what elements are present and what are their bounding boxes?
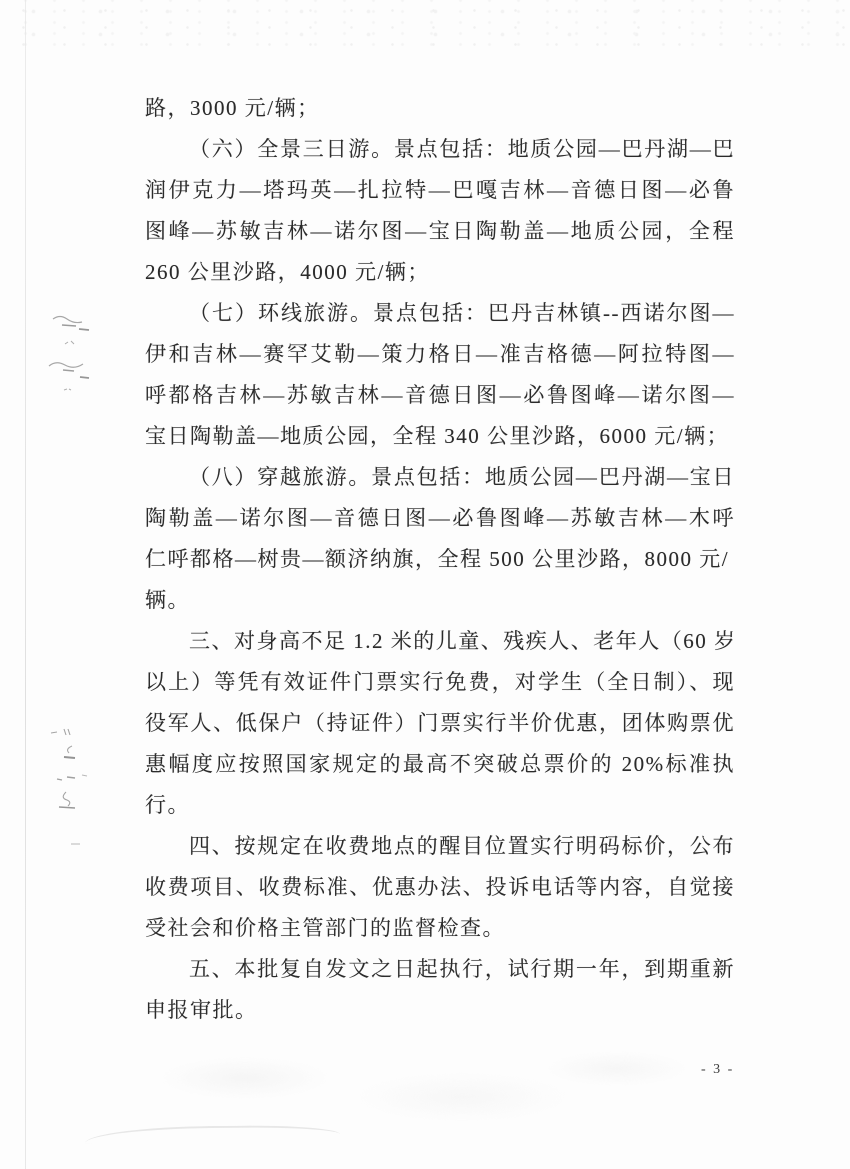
paragraph-route-8: （八）穿越旅游。景点包括：地质公园—巴丹湖—宝日 陶勒盖—诺尔图—音德日图—必鲁… [145, 457, 735, 621]
scan-smudge [50, 727, 76, 739]
scan-noise-bottom [90, 1040, 710, 1135]
paragraph-item-4: 四、按规定在收费地点的醒目位置实行明码标价，公布 收费项目、收费标准、优惠办法、… [145, 826, 735, 949]
scan-fold-line [25, 0, 26, 1169]
text-line: 五、本批复自发文之日起执行，试行期一年，到期重新 [145, 949, 735, 990]
text-line: 受社会和价格主管部门的监督检查。 [145, 908, 735, 949]
paragraph-continuation: 路，3000 元/辆； [145, 88, 735, 129]
text-line: 润伊克力—塔玛英—扎拉特—巴嘎吉林—音德日图—必鲁 [145, 170, 735, 211]
text-line: 图峰—苏敏吉林—诺尔图—宝日陶勒盖—地质公园，全程 [145, 211, 735, 252]
scan-smudge [70, 841, 82, 847]
scan-smudge [55, 773, 89, 785]
text-line: 宝日陶勒盖—地质公园，全程 340 公里沙路，6000 元/辆； [145, 416, 735, 457]
scan-smudge [78, 326, 92, 333]
text-line: 路，3000 元/辆； [145, 88, 735, 129]
paragraph-item-5: 五、本批复自发文之日起执行，试行期一年，到期重新 申报审批。 [145, 949, 735, 1031]
paragraph-route-7: （七）环线旅游。景点包括：巴丹吉林镇--西诺尔图— 伊和吉林—赛罕艾勒—策力格日… [145, 293, 735, 457]
text-line: 行。 [145, 785, 735, 826]
text-line: 以上）等凭有效证件门票实行免费，对学生（全日制）、现 [145, 662, 735, 703]
text-line: 伊和吉林—赛罕艾勒—策力格日—准吉格德—阿拉特图— [145, 334, 735, 375]
scan-noise-top [0, 0, 850, 46]
paragraph-item-3: 三、对身高不足 1.2 米的儿童、残疾人、老年人（60 岁 以上）等凭有效证件门… [145, 621, 735, 826]
text-line: 收费项目、收费标准、优惠办法、投诉电话等内容，自觉接 [145, 867, 735, 908]
text-line: 呼都格吉林—苏敏吉林—音德日图—必鲁图峰—诺尔图— [145, 375, 735, 416]
text-line: 申报审批。 [145, 990, 735, 1031]
text-line: （六）全景三日游。景点包括：地质公园—巴丹湖—巴 [145, 129, 735, 170]
scan-smudge [56, 790, 82, 812]
text-line: 惠幅度应按照国家规定的最高不突破总票价的 20%标准执 [145, 744, 735, 785]
text-line: 260 公里沙路，4000 元/辆； [145, 252, 735, 293]
text-line: （八）穿越旅游。景点包括：地质公园—巴丹湖—宝日 [145, 457, 735, 498]
scanned-document-page: 路，3000 元/辆； （六）全景三日游。景点包括：地质公园—巴丹湖—巴 润伊克… [0, 0, 850, 1169]
document-text: 路，3000 元/辆； （六）全景三日游。景点包括：地质公园—巴丹湖—巴 润伊克… [145, 88, 735, 1031]
text-line: 四、按规定在收费地点的醒目位置实行明码标价，公布 [145, 826, 735, 867]
scan-smudge [63, 386, 73, 393]
text-line: 仁呼都格—树贵—额济纳旗，全程 500 公里沙路，8000 元/ [145, 539, 735, 580]
scan-smudge [64, 339, 76, 347]
text-line: 役军人、低保户（持证件）门票实行半价优惠，团体购票优 [145, 703, 735, 744]
scan-smudge [79, 374, 91, 381]
scan-smudge [60, 744, 80, 762]
text-line: （七）环线旅游。景点包括：巴丹吉林镇--西诺尔图— [145, 293, 735, 334]
text-line: 陶勒盖—诺尔图—音德日图—必鲁图峰—苏敏吉林—木呼 [145, 498, 735, 539]
text-line: 辆。 [145, 580, 735, 621]
page-number: - 3 - [701, 1062, 734, 1078]
paragraph-route-6: （六）全景三日游。景点包括：地质公园—巴丹湖—巴 润伊克力—塔玛英—扎拉特—巴嘎… [145, 129, 735, 293]
text-line: 三、对身高不足 1.2 米的儿童、残疾人、老年人（60 岁 [145, 621, 735, 662]
